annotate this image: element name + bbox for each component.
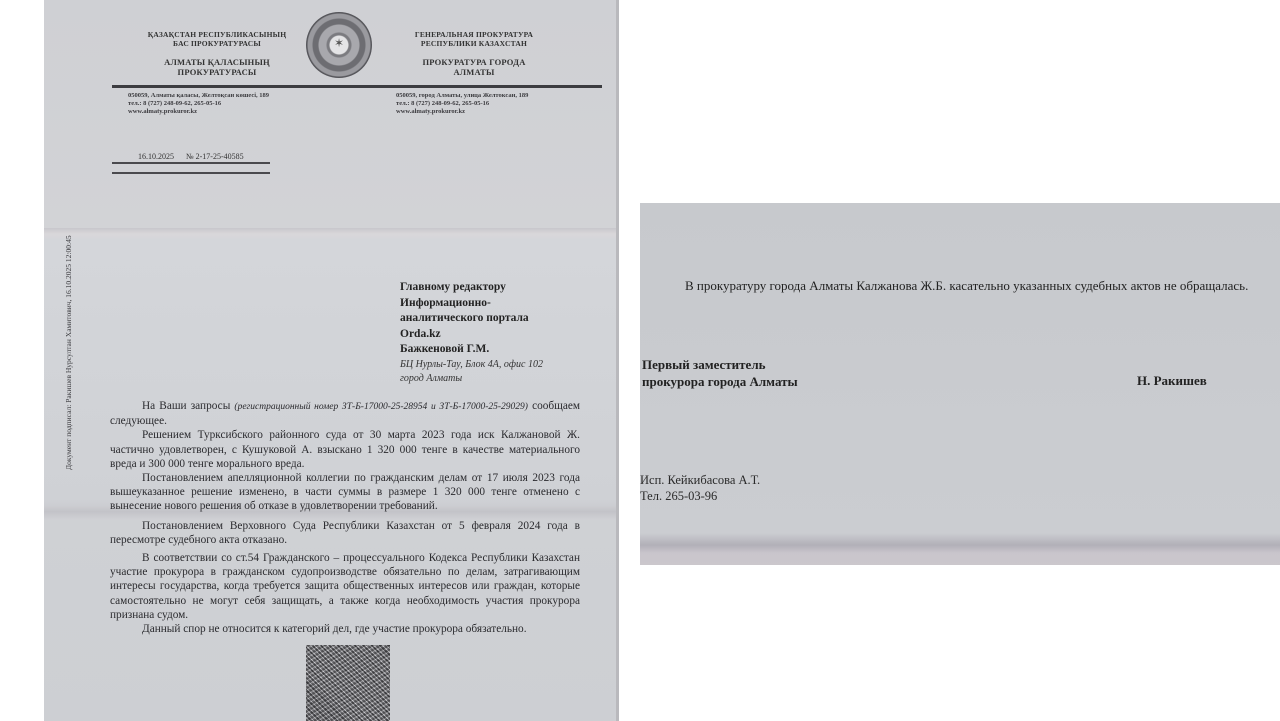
registration-date: 16.10.2025	[138, 152, 174, 161]
paragraph-text: В прокуратуру города Алматы Калжанова Ж.…	[640, 277, 1250, 295]
header-right-russian: ГЕНЕРАЛЬНАЯ ПРОКУРАТУРА РЕСПУБЛИКИ КАЗАХ…	[384, 30, 564, 77]
digital-signature-stamp: Документ подписал: Ракишев Нурсултан Хам…	[64, 170, 73, 470]
address-right: 050059, город Алматы, улица Желтоксан, 1…	[396, 92, 528, 116]
paragraph-text: На Ваши запросы	[142, 400, 234, 412]
header-divider	[112, 85, 602, 88]
qr-code-icon	[306, 645, 390, 721]
address-line: тел.: 8 (727) 248-09-62, 265-05-16	[128, 100, 269, 108]
signer-name: Н. Ракишев	[1137, 373, 1207, 389]
registration-number: № 2-17-25-40585	[186, 152, 244, 161]
body-paragraph: На Ваши запросы (регистрационный номер З…	[110, 399, 580, 428]
registration-underline	[112, 162, 270, 164]
address-line: тел.: 8 (727) 248-09-62, 265-05-16	[396, 100, 528, 108]
closing-paragraph: В прокуратуру города Алматы Калжанова Ж.…	[640, 277, 1250, 295]
addressee-address: город Алматы	[400, 372, 600, 386]
header-left-line: АЛМАТЫ ҚАЛАСЫНЫҢ	[122, 57, 312, 67]
body-paragraph: Решением Турксибского районного суда от …	[110, 428, 580, 471]
request-numbers: (регистрационный номер ЗТ-Б-17000-25-289…	[234, 402, 528, 412]
header-left-line: ҚАЗАҚСТАН РЕСПУБЛИКАСЫНЫҢ	[122, 30, 312, 39]
executor-name: Исп. Кейкибасова А.Т.	[640, 473, 760, 489]
paper-fold	[44, 228, 616, 240]
address-line: www.almaty.prokuror.kz	[396, 108, 528, 116]
addressee-line: Информационно-	[400, 296, 600, 312]
letter-page-1: ҚАЗАҚСТАН РЕСПУБЛИКАСЫНЫҢ БАС ПРОКУРАТУР…	[44, 0, 619, 721]
body-paragraph: Данный спор не относится к категорий дел…	[110, 622, 580, 636]
emblem-center-icon: ✶	[333, 37, 345, 49]
header-left-line: ПРОКУРАТУРАСЫ	[122, 67, 312, 77]
address-line: www.almaty.prokuror.kz	[128, 108, 269, 116]
body-paragraph: В соответствии со ст.54 Гражданского – п…	[110, 551, 580, 622]
addressee-line: Главному редактору	[400, 280, 600, 296]
addressee-block: Главному редактору Информационно- аналит…	[400, 280, 600, 386]
letter-body: На Ваши запросы (регистрационный номер З…	[110, 399, 580, 636]
addressee-line: Orda.kz	[400, 327, 600, 343]
header-left-kazakh: ҚАЗАҚСТАН РЕСПУБЛИКАСЫНЫҢ БАС ПРОКУРАТУР…	[122, 30, 312, 77]
body-paragraph: Постановлением апелляционной коллегии по…	[110, 471, 580, 514]
header-right-line: РЕСПУБЛИКИ КАЗАХСТАН	[384, 39, 564, 48]
body-paragraph: Постановлением Верховного Суда Республик…	[110, 519, 580, 547]
address-line: 050059, Алматы қаласы, Желтоқсан көшесі,…	[128, 92, 269, 100]
signer-title-line: Первый заместитель	[642, 356, 798, 373]
header-right-line: ГЕНЕРАЛЬНАЯ ПРОКУРАТУРА	[384, 30, 564, 39]
executor-phone: Тел. 265-03-96	[640, 489, 760, 505]
addressee-line: аналитического портала	[400, 311, 600, 327]
header-right-line: ПРОКУРАТУРА ГОРОДА	[384, 57, 564, 67]
letter-page-2: В прокуратуру города Алматы Калжанова Ж.…	[640, 203, 1280, 565]
header-right-line: АЛМАТЫ	[384, 67, 564, 77]
address-line: 050059, город Алматы, улица Желтоксан, 1…	[396, 92, 528, 100]
addressee-line: Бажкеновой Г.М.	[400, 342, 600, 358]
registration-underline	[112, 172, 270, 174]
signer-title-line: прокурора города Алматы	[642, 373, 798, 390]
address-left: 050059, Алматы қаласы, Желтоқсан көшесі,…	[128, 92, 269, 116]
signer-title: Первый заместитель прокурора города Алма…	[642, 356, 798, 390]
addressee-address: БЦ Нурлы-Тау, Блок 4А, офис 102	[400, 358, 600, 372]
header-left-line: БАС ПРОКУРАТУРАСЫ	[122, 39, 312, 48]
executor-block: Исп. Кейкибасова А.Т. Тел. 265-03-96	[640, 473, 760, 504]
registration-line: 16.10.2025 № 2-17-25-40585	[138, 152, 244, 161]
